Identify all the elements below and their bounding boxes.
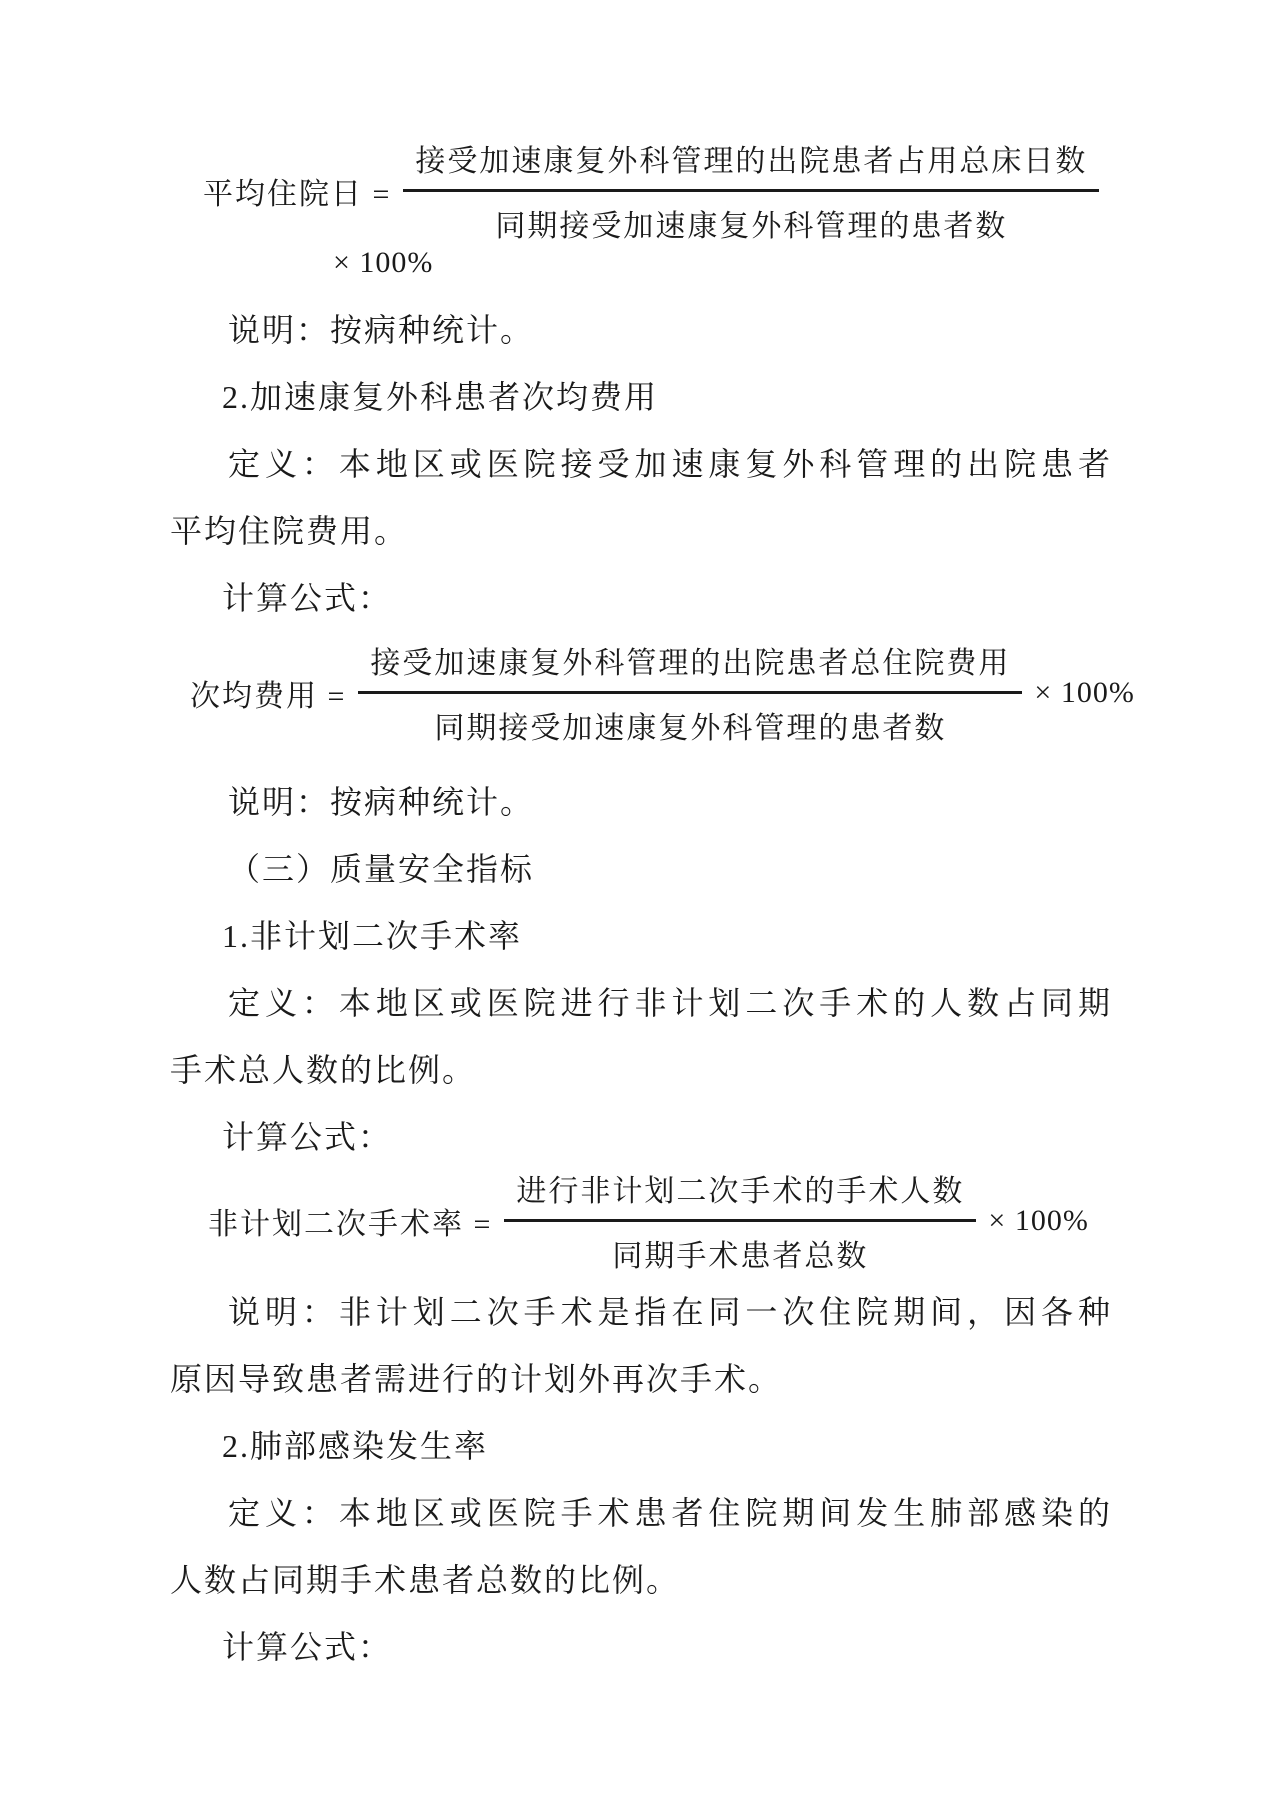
item-reoperation-note-line1: 说明：非计划二次手术是指在同一次住院期间，因各种	[228, 1291, 1110, 1333]
formula-average-cost-lhs: 次均费用 =	[190, 671, 346, 715]
item-reoperation-definition-line2: 手术总人数的比例。	[170, 1049, 476, 1091]
fraction-denominator: 同期接受加速康复外科管理的患者数	[358, 694, 1022, 747]
formula-average-los-lhs: 平均住院日 =	[203, 169, 391, 213]
document-page: 平均住院日 = 接受加速康复外科管理的出院患者占用总床日数 同期接受加速康复外科…	[0, 0, 1280, 1810]
item-reoperation-note-line2: 原因导致患者需进行的计划外再次手术。	[170, 1358, 782, 1400]
calc-formula-label-1: 计算公式：	[222, 577, 392, 619]
fraction-numerator: 接受加速康复外科管理的出院患者总住院费用	[358, 638, 1022, 694]
calc-formula-label-3: 计算公式：	[222, 1626, 392, 1668]
item-title-avg-cost: 2.加速康复外科患者次均费用	[222, 376, 658, 418]
fraction-numerator: 进行非计划二次手术的手术人数	[504, 1166, 976, 1222]
item-avg-cost-definition-line1: 定义：本地区或医院接受加速康复外科管理的出院患者	[228, 443, 1110, 485]
fraction-numerator: 接受加速康复外科管理的出院患者占用总床日数	[403, 136, 1099, 192]
fraction-denominator: 同期接受加速康复外科管理的患者数	[403, 192, 1099, 245]
item-lung-infection-definition-line2: 人数占同期手术患者总数的比例。	[170, 1559, 680, 1601]
formula-average-cost-fraction: 接受加速康复外科管理的出院患者总住院费用 同期接受加速康复外科管理的患者数	[358, 638, 1022, 747]
formula-average-cost-multiplier: × 100%	[1034, 676, 1134, 710]
calc-formula-label-2: 计算公式：	[222, 1116, 392, 1158]
item-avg-cost-definition-line2: 平均住院费用。	[170, 510, 408, 552]
section-title-quality-safety: （三）质量安全指标	[228, 848, 534, 890]
formula-average-los: 平均住院日 = 接受加速康复外科管理的出院患者占用总床日数 同期接受加速康复外科…	[203, 136, 1099, 245]
note-by-disease-2: 说明：按病种统计。	[228, 781, 534, 823]
formula-reoperation-rate-fraction: 进行非计划二次手术的手术人数 同期手术患者总数	[504, 1166, 976, 1275]
formula-reoperation-rate-multiplier: × 100%	[988, 1204, 1088, 1238]
formula-reoperation-rate-lhs: 非计划二次手术率 =	[208, 1199, 492, 1243]
formula-reoperation-rate: 非计划二次手术率 = 进行非计划二次手术的手术人数 同期手术患者总数 × 100…	[208, 1166, 1089, 1275]
item-reoperation-definition-line1: 定义：本地区或医院进行非计划二次手术的人数占同期	[228, 982, 1110, 1024]
formula-average-cost: 次均费用 = 接受加速康复外科管理的出院患者总住院费用 同期接受加速康复外科管理…	[190, 638, 1135, 747]
item-title-unplanned-reoperation: 1.非计划二次手术率	[222, 915, 522, 957]
fraction-denominator: 同期手术患者总数	[504, 1222, 976, 1275]
formula-average-los-fraction: 接受加速康复外科管理的出院患者占用总床日数 同期接受加速康复外科管理的患者数	[403, 136, 1099, 245]
formula-average-los-multiplier: × 100%	[333, 243, 433, 283]
item-lung-infection-definition-line1: 定义：本地区或医院手术患者住院期间发生肺部感染的	[228, 1492, 1110, 1534]
note-by-disease-1: 说明：按病种统计。	[228, 309, 534, 351]
item-title-lung-infection: 2.肺部感染发生率	[222, 1425, 488, 1467]
